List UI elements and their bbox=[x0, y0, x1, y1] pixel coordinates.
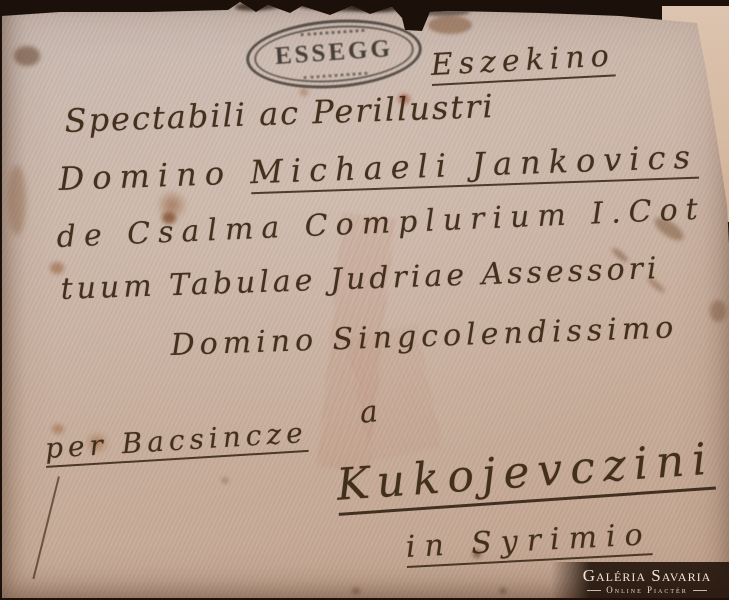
routing-note-text: per Bacsincze bbox=[44, 416, 309, 468]
gallery-watermark: Galéria Savaria Online Piactér bbox=[551, 562, 729, 600]
torn-edge-ink bbox=[415, 8, 470, 16]
watermark-subtitle: Online Piactér bbox=[587, 586, 706, 595]
watermark-title: Galéria Savaria bbox=[583, 567, 712, 586]
address-line-1: Spectabili ac Perillustri bbox=[64, 87, 495, 140]
torn-edge-stain bbox=[428, 16, 472, 34]
address-line-2: Domino Michaeli Jankovics bbox=[58, 138, 698, 198]
routing-note: per Bacsincze bbox=[44, 416, 309, 465]
fox-stain bbox=[14, 46, 40, 66]
torn-edge-ink bbox=[235, 0, 291, 12]
essegg-postmark: ESSEGG bbox=[244, 14, 424, 94]
address-line-2-prefix: Domino bbox=[58, 153, 251, 198]
envelope-paper: ESSEGG Eszekino Spectabili ac Perillustr… bbox=[0, 0, 729, 600]
handwritten-letter-a: a bbox=[358, 394, 379, 431]
handwritten-destination-note: Eszekino bbox=[430, 38, 616, 83]
fox-stain bbox=[710, 300, 726, 322]
fox-stain bbox=[8, 165, 26, 235]
fox-stain bbox=[222, 478, 228, 483]
destination-region-text: in Syrimio bbox=[405, 517, 653, 568]
destination-region: in Syrimio bbox=[405, 517, 652, 565]
underline-flourish bbox=[32, 476, 60, 579]
addressee-name: Michaeli Jankovics bbox=[249, 138, 698, 195]
fox-stain bbox=[500, 588, 506, 594]
destination-note-text: Eszekino bbox=[430, 38, 616, 86]
letter-photo: ESSEGG Eszekino Spectabili ac Perillustr… bbox=[0, 0, 729, 600]
torn-edge-ink bbox=[295, 0, 390, 12]
address-line-5: Domino Singcolendissimo bbox=[170, 310, 679, 363]
torn-edge-ink bbox=[350, 0, 410, 12]
fox-stain bbox=[352, 588, 360, 594]
